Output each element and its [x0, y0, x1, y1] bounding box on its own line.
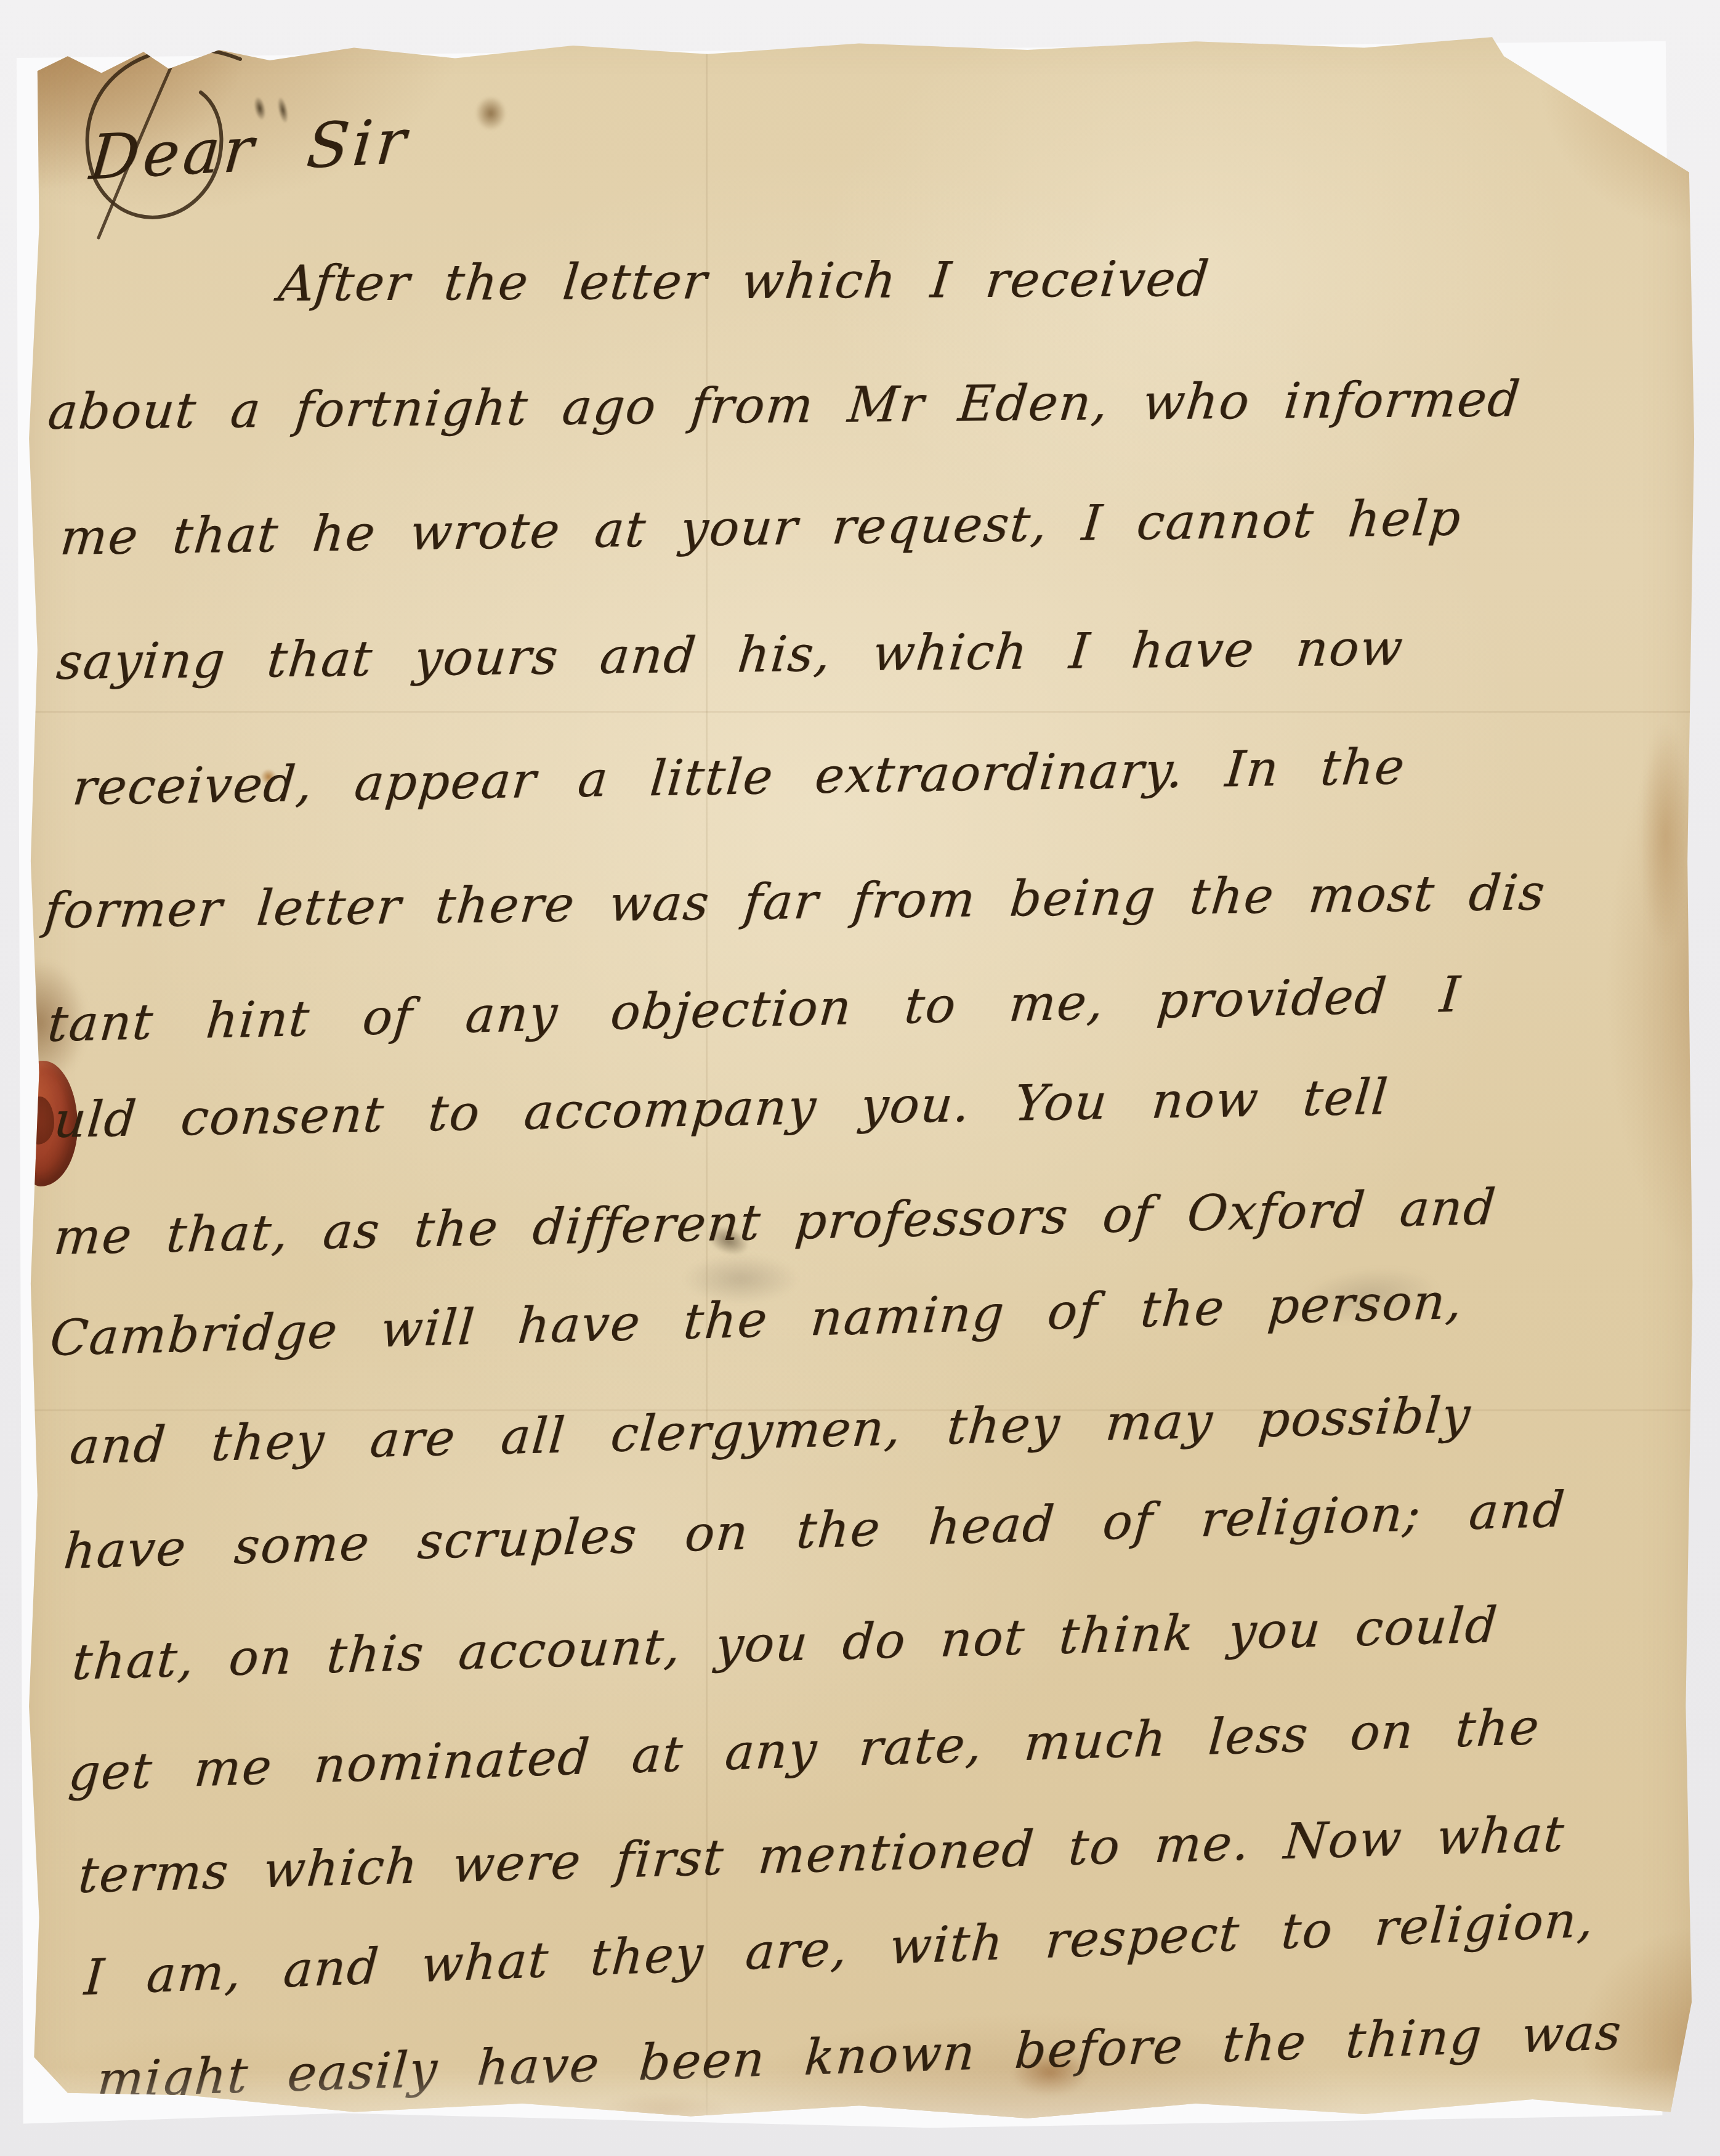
letter-line: I am, and what they are, with respect to…: [83, 1891, 1596, 2006]
letter-line: me that, as the different professors of …: [52, 1178, 1499, 1266]
fold-crease-vertical: [706, 16, 708, 2129]
letter-line: that, on this account, you do not think …: [70, 1596, 1500, 1691]
stain-spot: [1641, 724, 1690, 946]
letter-line: get me nominated at any rate, much less …: [67, 1698, 1542, 1802]
letter-line: tant hint of any objection to me, provid…: [46, 966, 1463, 1053]
letter-line: me that he wrote at your request, I cann…: [58, 489, 1464, 566]
letter-line: After the letter which I received: [276, 250, 1213, 312]
letter-line: Cambridge will have the naming of the pe…: [48, 1273, 1465, 1367]
letter-line: terms which were first mentioned to me. …: [76, 1805, 1567, 1904]
fold-crease-horizontal: [17, 711, 1701, 713]
stain-spot: [474, 95, 507, 132]
letter-line: might easily have been known before the …: [95, 2003, 1624, 2109]
letter-line: uld consent to accompany you. You now te…: [52, 1068, 1391, 1149]
scan-background: 597 Dear Sir After the letter which I re…: [0, 0, 1720, 2156]
letter-line: saying that yours and his, which I have …: [54, 619, 1407, 691]
letter-page: 597 Dear Sir After the letter which I re…: [17, 16, 1701, 2129]
letter-line: and they are all clergymen, they may pos…: [68, 1386, 1473, 1475]
letter-line: received, appear a little extraordinary.…: [70, 738, 1408, 816]
letter-line: former letter there was far from being t…: [42, 864, 1548, 939]
letter-line: have some scruples on the head of religi…: [62, 1481, 1568, 1580]
letter-line: about a fortnight ago from Mr Eden, who …: [46, 370, 1524, 440]
